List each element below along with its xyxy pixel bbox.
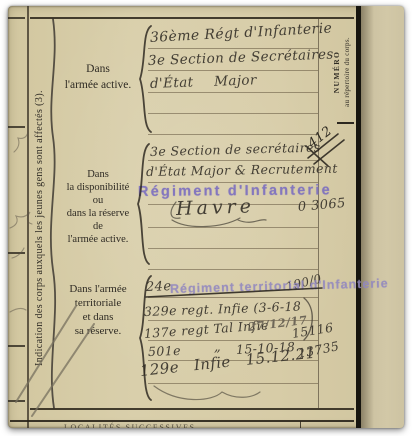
side-vertical-label: Indication des corps auxquels les jeunes… (34, 38, 50, 418)
label-line: de (50, 220, 146, 233)
label-territoriale: Dans l'armée territoriale et dans sa rés… (52, 282, 144, 338)
label-line: sa réserve. (52, 324, 144, 338)
label-line: dans la réserve (50, 207, 146, 220)
left-row-tick (8, 17, 25, 19)
handwritten-entry: 3e Section de Secrétaires (148, 47, 334, 69)
label-line: Dans l'armée (52, 282, 144, 296)
left-row-tick (8, 400, 25, 402)
label-line: l'armée active. (50, 233, 146, 246)
screenshot-canvas: Indication des corps auxquels les jeunes… (0, 0, 412, 436)
ruled-line (148, 134, 318, 135)
label-line: territoriale (52, 296, 144, 310)
handwritten-entry: 3e Section de secrétaires (150, 140, 321, 159)
table-top-border (30, 17, 354, 19)
numero-header-subtitle: au répertoire du corps. (342, 17, 353, 127)
ruled-line (148, 113, 318, 114)
left-column-border (27, 6, 29, 428)
ruled-line (148, 383, 318, 384)
footer-top-border (10, 420, 354, 422)
marginal-scribble (10, 248, 26, 312)
register-sheet-photo: Indication des corps auxquels les jeunes… (8, 6, 404, 428)
ruled-line (148, 92, 318, 93)
page-edge-line (356, 6, 361, 428)
left-row-tick (8, 126, 25, 128)
signature-flourish (154, 386, 260, 400)
left-row-tick (8, 345, 25, 347)
label-line: la disponibilité (50, 181, 146, 194)
label-line: Dans (52, 62, 144, 78)
handwritten-entry: 36ème Régt d'Infanterie (150, 20, 333, 46)
label-disponibilite: Dans la disponibilité ou dans la réserve… (50, 168, 146, 246)
handwritten-entry: d'État Major & Recrutement (146, 161, 338, 179)
marginal-scribble (14, 132, 28, 152)
handwritten-place: Havre (176, 195, 256, 220)
ruled-line (148, 70, 318, 71)
footer-caption: LOCALITÉS SUCCESSIVES (64, 423, 344, 428)
ruled-line (148, 269, 318, 270)
label-line: et dans (52, 310, 144, 324)
numero-header-title: NUMÉRO (331, 17, 342, 127)
label-line: l'armée active. (52, 78, 144, 94)
handwritten-entry: 24e (146, 279, 172, 295)
handwritten-entry: 501e (148, 343, 181, 359)
label-line: ou (50, 194, 146, 207)
ruled-line (148, 248, 318, 249)
repertoire-number: 0 3065 (297, 196, 346, 215)
handwritten-entry: d'État Major (150, 72, 257, 92)
table-bottom-border (30, 408, 354, 410)
adjacent-page-strip (361, 6, 404, 428)
numero-column-header: NUMÉRO au répertoire du corps. (331, 17, 355, 127)
label-armee-active: Dans l'armée active. (52, 62, 144, 93)
label-line: Dans (50, 168, 146, 181)
ruled-line (148, 227, 318, 228)
left-row-tick (8, 252, 25, 254)
